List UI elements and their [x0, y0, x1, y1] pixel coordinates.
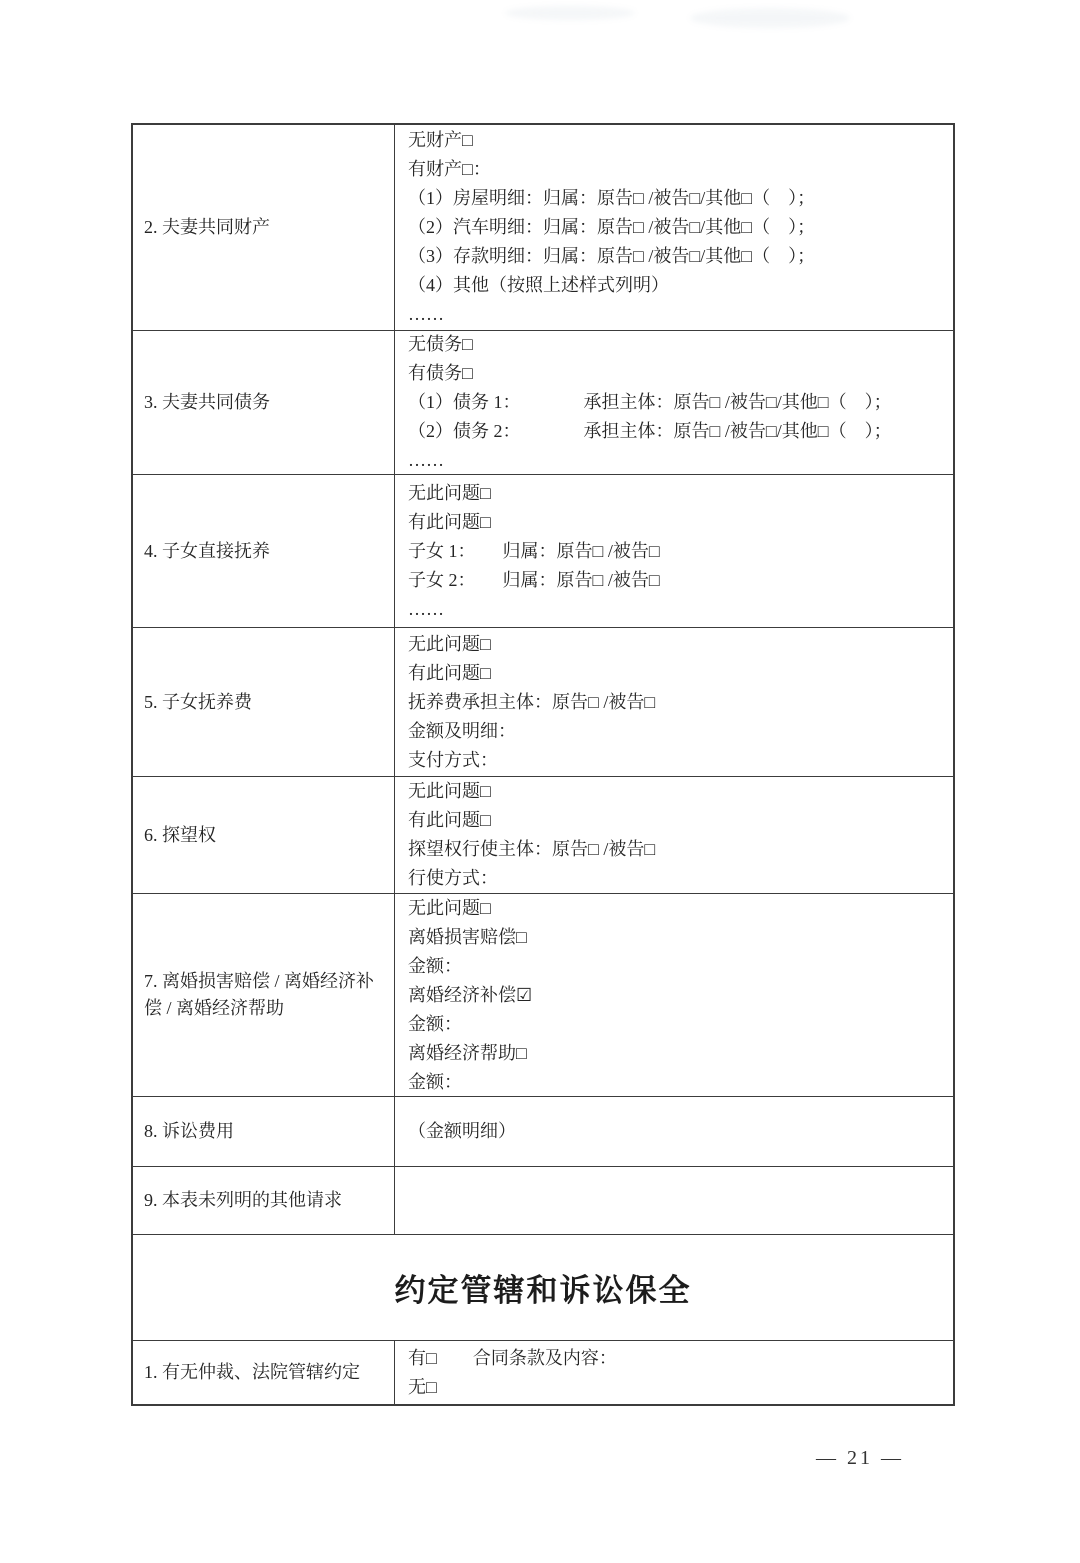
form-line: （2）汽车明细：归属：原告□ /被告□/其他□（ ）；	[408, 213, 943, 242]
row-content: 无财产□ 有财产□： （1）房屋明细：归属：原告□ /被告□/其他□（ ）； （…	[395, 125, 953, 330]
row-label-text: 4. 子女直接抚养	[144, 538, 270, 565]
claims-table: 2. 夫妻共同财产 无财产□ 有财产□： （1）房屋明细：归属：原告□ /被告□…	[131, 123, 955, 1406]
row-content: 无此问题□ 有此问题□ 抚养费承担主体：原告□ /被告□ 金额及明细： 支付方式…	[395, 628, 953, 776]
row-content: （金额明细）	[395, 1097, 953, 1166]
form-line: ……	[408, 300, 943, 329]
row-content: 无债务□ 有债务□ （1）债务 1： 承担主体：原告□ /被告□/其他□（ ）；…	[395, 331, 953, 474]
page-number: — 21 —	[780, 1447, 940, 1470]
form-line: 离婚经济帮助□	[408, 1039, 943, 1068]
table-row: 9. 本表未列明的其他请求	[133, 1166, 953, 1234]
row-label: 2. 夫妻共同财产	[133, 125, 395, 330]
row-label: 6. 探望权	[133, 777, 395, 893]
row-label-text: 5. 子女抚养费	[144, 689, 252, 716]
table-row: 5. 子女抚养费 无此问题□ 有此问题□ 抚养费承担主体：原告□ /被告□ 金额…	[133, 627, 953, 776]
form-line: 子女 2： 归属：原告□ /被告□	[408, 566, 943, 595]
row-label: 7. 离婚损害赔偿 / 离婚经济补偿 / 离婚经济帮助	[133, 894, 395, 1096]
form-line checked-line: 离婚经济补偿☑	[408, 981, 943, 1010]
form-line: ……	[408, 595, 943, 624]
row-label: 9. 本表未列明的其他请求	[133, 1167, 395, 1234]
form-line: 行使方式：	[408, 864, 943, 893]
form-line: （2）债务 2： 承担主体：原告□ /被告□/其他□（ ）；	[408, 417, 943, 446]
form-line: （1）债务 1： 承担主体：原告□ /被告□/其他□（ ）；	[408, 388, 943, 417]
form-line: 无此问题□	[408, 630, 943, 659]
form-line: （3）存款明细：归属：原告□ /被告□/其他□（ ）；	[408, 242, 943, 271]
form-line: （4）其他（按照上述样式列明）	[408, 271, 943, 300]
row-label-text: 9. 本表未列明的其他请求	[144, 1187, 342, 1214]
form-line: 金额及明细：	[408, 717, 943, 746]
row-label-text: 8. 诉讼费用	[144, 1118, 234, 1145]
row-label-text: 2. 夫妻共同财产	[144, 214, 270, 241]
table-row: 8. 诉讼费用 （金额明细）	[133, 1096, 953, 1166]
row-label: 1. 有无仲裁、法院管辖约定	[133, 1341, 395, 1404]
form-line: （1）房屋明细：归属：原告□ /被告□/其他□（ ）；	[408, 184, 943, 213]
form-line: 支付方式：	[408, 746, 943, 775]
row-content: 无此问题□ 有此问题□ 探望权行使主体：原告□ /被告□ 行使方式：	[395, 777, 953, 893]
form-line: 无此问题□	[408, 479, 943, 508]
table-row: 2. 夫妻共同财产 无财产□ 有财产□： （1）房屋明细：归属：原告□ /被告□…	[133, 125, 953, 330]
form-line: 有债务□	[408, 359, 943, 388]
row-label-text: 3. 夫妻共同债务	[144, 389, 270, 416]
form-line: 抚养费承担主体：原告□ /被告□	[408, 688, 943, 717]
form-line: 无债务□	[408, 330, 943, 359]
row-label-text: 6. 探望权	[144, 822, 216, 849]
form-line: 金额：	[408, 1010, 943, 1039]
section-title: 约定管辖和诉讼保全	[133, 1235, 953, 1340]
row-label-text: 7. 离婚损害赔偿 / 离婚经济补偿 / 离婚经济帮助	[144, 968, 386, 1022]
form-line: 无□	[408, 1373, 943, 1402]
form-line: 有□ 合同条款及内容：	[408, 1344, 943, 1373]
form-line: 无财产□	[408, 126, 943, 155]
form-line: 子女 1： 归属：原告□ /被告□	[408, 537, 943, 566]
scan-artifact	[505, 6, 635, 20]
row-label: 3. 夫妻共同债务	[133, 331, 395, 474]
form-line: 有财产□：	[408, 155, 943, 184]
table-row: 6. 探望权 无此问题□ 有此问题□ 探望权行使主体：原告□ /被告□ 行使方式…	[133, 776, 953, 893]
row-content: 无此问题□ 离婚损害赔偿□ 金额： 离婚经济补偿☑ 金额： 离婚经济帮助□ 金额…	[395, 894, 953, 1096]
row-label: 8. 诉讼费用	[133, 1097, 395, 1166]
table-row: 7. 离婚损害赔偿 / 离婚经济补偿 / 离婚经济帮助 无此问题□ 离婚损害赔偿…	[133, 893, 953, 1096]
form-line: （金额明细）	[408, 1117, 943, 1146]
form-line: 金额：	[408, 1068, 943, 1097]
form-line: ……	[408, 446, 943, 475]
form-line: 无此问题□	[408, 777, 943, 806]
section-header-row: 约定管辖和诉讼保全	[133, 1234, 953, 1340]
row-label-text: 1. 有无仲裁、法院管辖约定	[144, 1359, 360, 1386]
form-line: 金额：	[408, 952, 943, 981]
row-content: 无此问题□ 有此问题□ 子女 1： 归属：原告□ /被告□ 子女 2： 归属：原…	[395, 475, 953, 627]
row-label: 4. 子女直接抚养	[133, 475, 395, 627]
table-row: 3. 夫妻共同债务 无债务□ 有债务□ （1）债务 1： 承担主体：原告□ /被…	[133, 330, 953, 474]
scan-artifact	[690, 8, 850, 28]
table-row: 1. 有无仲裁、法院管辖约定 有□ 合同条款及内容： 无□	[133, 1340, 953, 1404]
scanned-document-page: 2. 夫妻共同财产 无财产□ 有财产□： （1）房屋明细：归属：原告□ /被告□…	[0, 0, 1080, 1563]
row-label: 5. 子女抚养费	[133, 628, 395, 776]
table-row: 4. 子女直接抚养 无此问题□ 有此问题□ 子女 1： 归属：原告□ /被告□ …	[133, 474, 953, 627]
form-line: 离婚损害赔偿□	[408, 923, 943, 952]
row-content: 有□ 合同条款及内容： 无□	[395, 1341, 953, 1404]
form-line: 有此问题□	[408, 659, 943, 688]
form-line: 有此问题□	[408, 508, 943, 537]
form-line: 有此问题□	[408, 806, 943, 835]
form-line: 无此问题□	[408, 894, 943, 923]
form-line: 探望权行使主体：原告□ /被告□	[408, 835, 943, 864]
row-content-empty	[395, 1167, 953, 1234]
